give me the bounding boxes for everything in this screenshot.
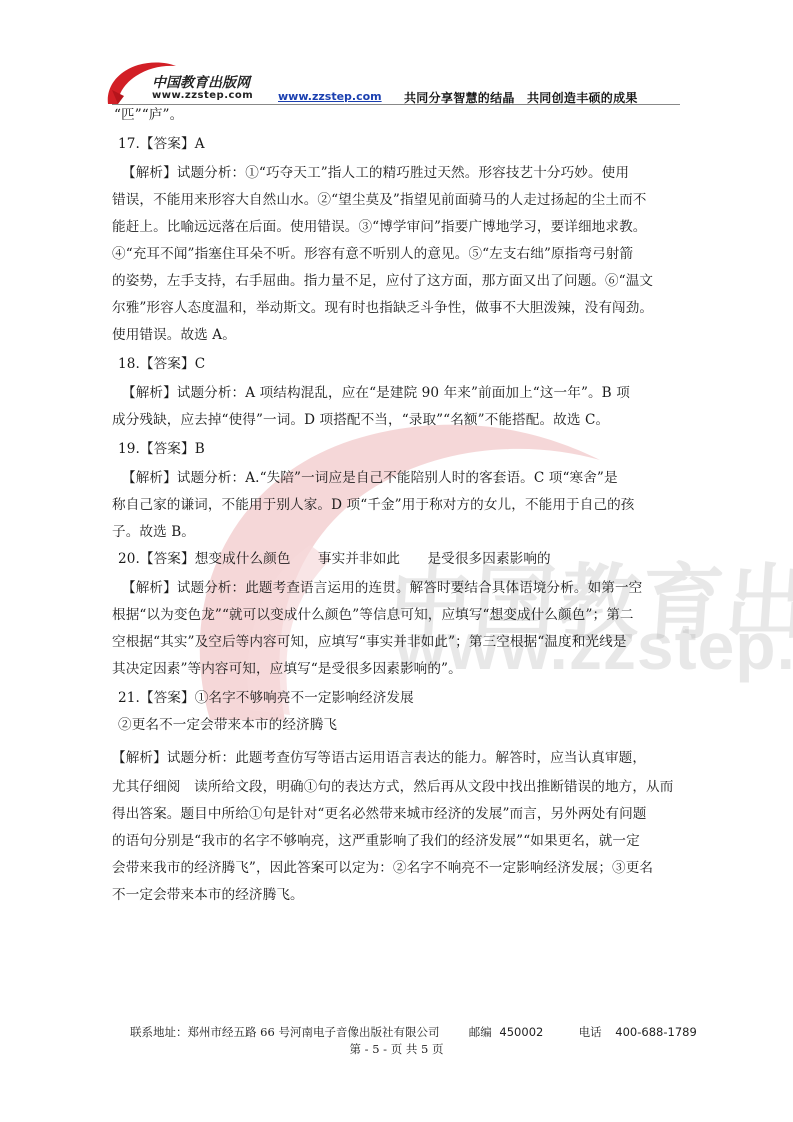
answer-heading-20: 20.【答案】想变成什么颜色 事实并非如此 是受很多因素影响的 <box>118 550 551 568</box>
page-number: 第 - 5 - 页 共 5 页 <box>0 1041 793 1057</box>
text-line: “匹”“庐”。 <box>114 106 183 124</box>
analysis-line: 得出答案。题目中所给①句是针对“更名必然带来城市经济的发展”而言，另外两处有问题 <box>112 805 646 823</box>
analysis-line: 使用错误。故选 A。 <box>112 326 236 344</box>
answer-heading-21: 21.【答案】①名字不够响亮不一定影响经济发展 <box>118 689 414 707</box>
header-divider <box>112 104 680 105</box>
analysis-line: 能赶上。比喻远远落在后面。使用错误。③“博学审问”指要广博地学习，要详细地求教。 <box>112 218 646 236</box>
footer-postcode-label: 邮编 <box>469 1025 492 1039</box>
answer-heading-19: 19.【答案】B <box>118 440 205 458</box>
analysis-line: 称自己家的谦词，不能用于别人家。D 项“千金”用于称对方的女儿，不能用于自己的孩 <box>112 496 635 514</box>
analysis-line: 【解析】试题分析：此题考查语言运用的连贯。解答时要结合具体语境分析。如第一空 <box>122 579 642 597</box>
logo-url: www.zzstep.com <box>152 90 253 101</box>
analysis-line: 会带来我市的经济腾飞”，因此答案可以定为：②名字不响亮不一定影响经济发展；③更名 <box>112 859 653 877</box>
analysis-line: ④“充耳不闻”指塞住耳朵不听。形容有意不听别人的意见。⑤“左支右绌”原指弯弓射箭 <box>112 245 633 263</box>
footer-phone-label: 电话 <box>579 1025 602 1039</box>
answer-line: ②更名不一定会带来本市的经济腾飞 <box>118 716 337 734</box>
analysis-line: 的语句分别是“我市的名字不够响亮，这严重影响了我们的经济发展”“如果更名，就一定 <box>112 832 640 850</box>
analysis-line: 不一定会带来本市的经济腾飞。 <box>112 886 304 904</box>
analysis-line: 错误，不能用来形容大自然山水。②“望尘莫及”指望见前面骑马的人走过扬起的尘土而不 <box>112 191 646 209</box>
analysis-line: 尔雅”形容人态度温和，举动斯文。现有时也指缺乏斗争性，做事不大胆泼辣，没有闯劲。 <box>112 299 653 317</box>
analysis-line: 子。故选 B。 <box>112 523 195 541</box>
footer-postcode: 450002 <box>499 1025 543 1039</box>
answer-heading-17: 17.【答案】A <box>118 135 205 153</box>
footer-address: 联系地址：郑州市经五路 66 号河南电子音像出版社有限公司 <box>130 1025 439 1039</box>
logo-name: 中国教育出版网 <box>152 72 250 92</box>
analysis-line: 【解析】试题分析：此题考查仿写等语古运用语言表达的能力。解答时，应当认真审题， <box>112 749 646 767</box>
analysis-line: 【解析】试题分析：①“巧夺天工”指人工的精巧胜过天然。形容技艺十分巧妙。使用 <box>122 164 629 182</box>
answer-heading-18: 18.【答案】C <box>118 355 205 373</box>
site-logo[interactable]: 中国教育出版网 www.zzstep.com <box>104 60 264 104</box>
analysis-line: 【解析】试题分析：A.“失陪”一词应是自己不能陪别人时的客套语。C 项“寒舍”是 <box>122 469 618 487</box>
analysis-line: 【解析】试题分析：A 项结构混乱，应在“是建院 90 年来”前面加上“这一年”。… <box>122 384 630 402</box>
analysis-line: 成分残缺，应去掉“使得”一词。D 项搭配不当，“录取”“名额”不能搭配。故选 C… <box>112 411 609 429</box>
analysis-line: 的姿势，左手支持，右手屈曲。指力量不足，应付了这方面，那方面又出了问题。⑥“温文 <box>112 272 653 290</box>
analysis-line: 根据“以为变色龙”“就可以变成什么颜色”等信息可知，应填写“想变成什么颜色”；第… <box>112 606 634 624</box>
footer-contact: 联系地址：郑州市经五路 66 号河南电子音像出版社有限公司 邮编 450002 … <box>130 1024 697 1040</box>
site-link[interactable]: www.zzstep.com <box>278 90 382 103</box>
analysis-line: 尤其仔细阅 读所给文段，明确①句的表达方式，然后再从文段中找出推断错误的地方，从… <box>112 778 673 796</box>
footer-phone: 400-688-1789 <box>615 1025 696 1039</box>
document-page: 中国教育出版网 www.zzstep.com 中国教育出版网 www.zzste… <box>0 0 793 1122</box>
analysis-line: 空根据“其实”及空后等内容可知，应填写“事实并非如此”；第三空根据“温度和光线是 <box>112 633 627 651</box>
analysis-line: 其决定因素”等内容可知，应填写“是受很多因素影响的”。 <box>112 660 462 678</box>
page-header: 中国教育出版网 www.zzstep.com www.zzstep.com 共同… <box>104 60 664 104</box>
